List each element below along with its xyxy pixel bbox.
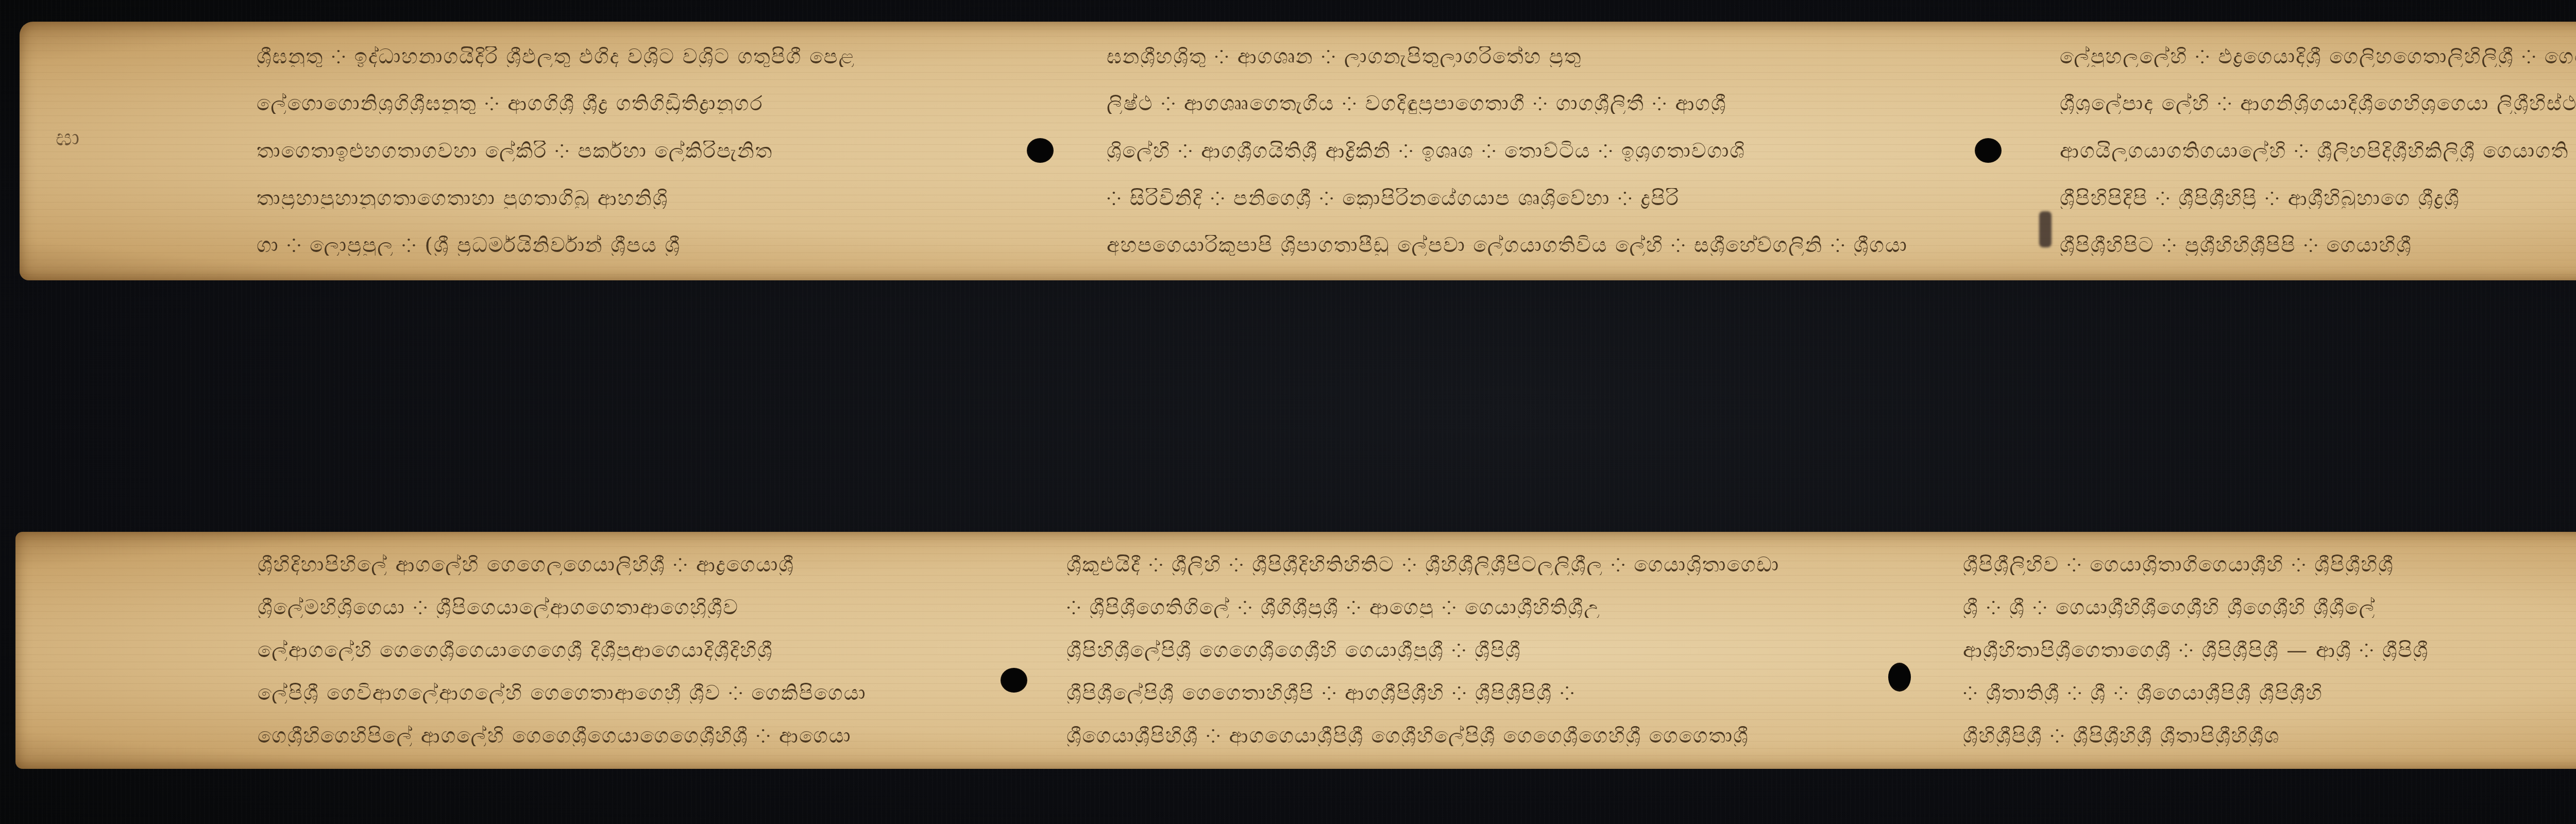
manuscript-line: ශ්‍රීපිහිශ්‍රීලේපිශ්‍රී ගෙගෙශ්‍රීගෙශ්‍රී… [1066,640,1911,661]
manuscript-line: අහපගෙයාරිකුපාපි ශ්‍රිපාගතාපීඩු ලේපවා ලේග… [1107,235,1941,256]
manuscript-line: ශ්‍රීපිශ්‍රීහිපිට ⁘ ප්‍රශ්‍රීහිහිශ්‍රීපි… [2060,235,2576,256]
string-hole [1001,668,1027,693]
manuscript-line: තාප්‍රහාපුහානුගතාගෙතාහා පුගතාගිබු ආහනිශ්… [257,188,968,209]
manuscript-line: ⁘ ශ්‍රීතාතිශ්‍රී ⁘ ශ්‍රී ⁘ ශ්‍රීගෙයාශ්‍ර… [1963,683,2576,703]
manuscript-line: ශ්‍රී ⁘ ශ්‍රී ⁘ ගෙයාශ්‍රීහිශ්‍රීගෙශ්‍රීහ… [1963,597,2576,618]
manuscript-line: ඝනශ්‍රීහශ්‍රිතු ⁘ ආගශ්‍රුන ⁘ ලාගනැපිතුලා… [1107,46,1941,67]
manuscript-line: ගෙශ්‍රීහිගෙහිපිලේ ආගලේහි ගෙගෙශ්‍රීගෙයාගෙ… [258,726,989,746]
manuscript-line: ශ්‍රීගෙයාශ්‍රීපිහිශ්‍රී ⁘ ආගගෙයාශ්‍රීපිශ… [1066,726,1911,746]
text-column-middle: ඝනශ්‍රීහශ්‍රිතු ⁘ ආගශ්‍රුන ⁘ ලාගනැපිතුලා… [1107,22,1941,280]
manuscript-line: ශ්‍රීශ්‍රලේපාද ලේහි ⁘ ආගනිශ්‍රිගයාදිශ්‍ර… [2060,93,2576,114]
manuscript-line: ආගයිලුගයාගතිගයාලේහි ⁘ ශ්‍රීලිහපිදිශ්‍රීහ… [2060,141,2576,161]
manuscript-line: ගා ⁘ ලොප්‍රපුල ⁘ (ශ්‍රී ප්‍රධර්මයිනිර්වා… [257,235,968,256]
manuscript-line: ශ්‍රීහිදිහාපිහිලේ ආගලේහි ගෙගෙල්‍රගෙයාලිහ… [258,554,989,575]
manuscript-line: ලේපිශ්‍රී ගෙවිආගලේආගලේහි ගෙගෙතාආගෙහ්‍රී … [258,683,989,703]
string-hole [1975,138,2002,163]
text-column-left: ශ්‍රීඝනුතු ⁘ ඉද්ධාහනාගයිදිරි ශ්‍රීඵලතු ඵ… [257,22,968,280]
text-column-right: ශ්‍රීපිශ්‍රීලිහිව ⁘ ගෙයාශ්‍රිතාගිගෙයාශ්‍… [1963,532,2576,769]
manuscript-line: ශ්‍රීලේමහිශ්‍රිගෙයා ⁘ ශ්‍රීපිගෙයාලේආගගෙත… [258,597,989,618]
manuscript-line: ලිෂ්ථ ⁘ ආගශ්‍රූගෙතැගිය ⁘ වගදිඳුප්‍රපාගෙත… [1107,93,1941,114]
manuscript-line: ⁘ සිරිවිනිදි ⁘ පනිගෙශ්‍රී ⁘ ක්‍රොපිරිනයේ… [1107,188,1941,209]
manuscript-line: ශ්‍රීකුඑයිදී ⁘ ශ්‍රීලිහි ⁘ ශ්‍රීපිශ්‍රීද… [1066,554,1911,575]
manuscript-line: ලේපුහලලේහි ⁘ ඵද්‍රගෙයාදිශ්‍රී ගෙලිහගෙතාල… [2060,46,2576,67]
string-hole [1027,138,1054,163]
manuscript-line: ශ්‍රීපිශ්‍රීලිහිව ⁘ ගෙයාශ්‍රිතාගිගෙයාශ්‍… [1963,554,2576,575]
text-column-right: ලේපුහලලේහි ⁘ ඵද්‍රගෙයාදිශ්‍රී ගෙලිහගෙතාල… [2060,22,2576,280]
manuscript-line: ශ්‍රිලේහි ⁘ ආගශ්‍රීගයිතිශ්‍රී ආද්‍රිකිනි… [1107,141,1941,161]
manuscript-line: ශ්‍රීපිහිපිදිපි ⁘ ශ්‍රීපිශ්‍රීහිප්‍රි ⁘ … [2060,188,2576,209]
manuscript-line: ආශ්‍රීහිතාපිශ්‍රීගෙතාගෙශ්‍රී ⁘ ශ්‍රීපිශ්… [1963,640,2576,661]
manuscript-line: ශ්‍රීඝනුතු ⁘ ඉද්ධාහනාගයිදිරි ශ්‍රීඵලතු ඵ… [257,46,968,67]
manuscript-line: ලේආගලේහි ගෙගෙශ්‍රීගෙයාගෙගෙශ්‍රී දිශ්‍රීප… [258,640,989,661]
text-column-left: ශ්‍රීහිදිහාපිහිලේ ආගලේහි ගෙගෙල්‍රගෙයාලිහ… [258,532,989,769]
folio-number-mark: ඝා [56,125,79,151]
manuscript-line: ශ්‍රීහිශ්‍රීපිශ්‍රී ⁘ ශ්‍රීපිශ්‍රීහිශ්‍ර… [1963,726,2576,746]
manuscript-line: තාගෙතාඉළුහගතාගවහා ලේකිරි ⁘ පර්කහා ලේකිරි… [257,141,968,161]
manuscript-line: ලේගොගොනිශ්‍රගිශ්‍රීඝනුතු ⁘ ආගගිශ්‍රී ශ්‍… [257,93,968,114]
palm-leaf-folio-top: ඝා ශ්‍රීඝනුතු ⁘ ඉද්ධාහනාගයිදිරි ශ්‍රීඵලත… [20,22,2576,280]
palm-leaf-folio-bottom: ශ්‍රීහිදිහාපිහිලේ ආගලේහි ගෙගෙල්‍රගෙයාලිහ… [15,532,2576,769]
manuscript-line: ශ්‍රීපිශ්‍රීලේපිශ්‍රී ගෙගෙතාහිශ්‍රීපි ⁘ … [1066,683,1911,703]
string-hole [1888,663,1911,692]
manuscript-line: ⁘ ශ්‍රීපිශ්‍රීගෙතිගිලේ ⁘ ශ්‍රීගිශ්‍රීප්‍… [1066,597,1911,618]
text-column-middle: ශ්‍රීකුඑයිදී ⁘ ශ්‍රීලිහි ⁘ ශ්‍රීපිශ්‍රීද… [1066,532,1911,769]
ink-smudge [2039,211,2052,247]
